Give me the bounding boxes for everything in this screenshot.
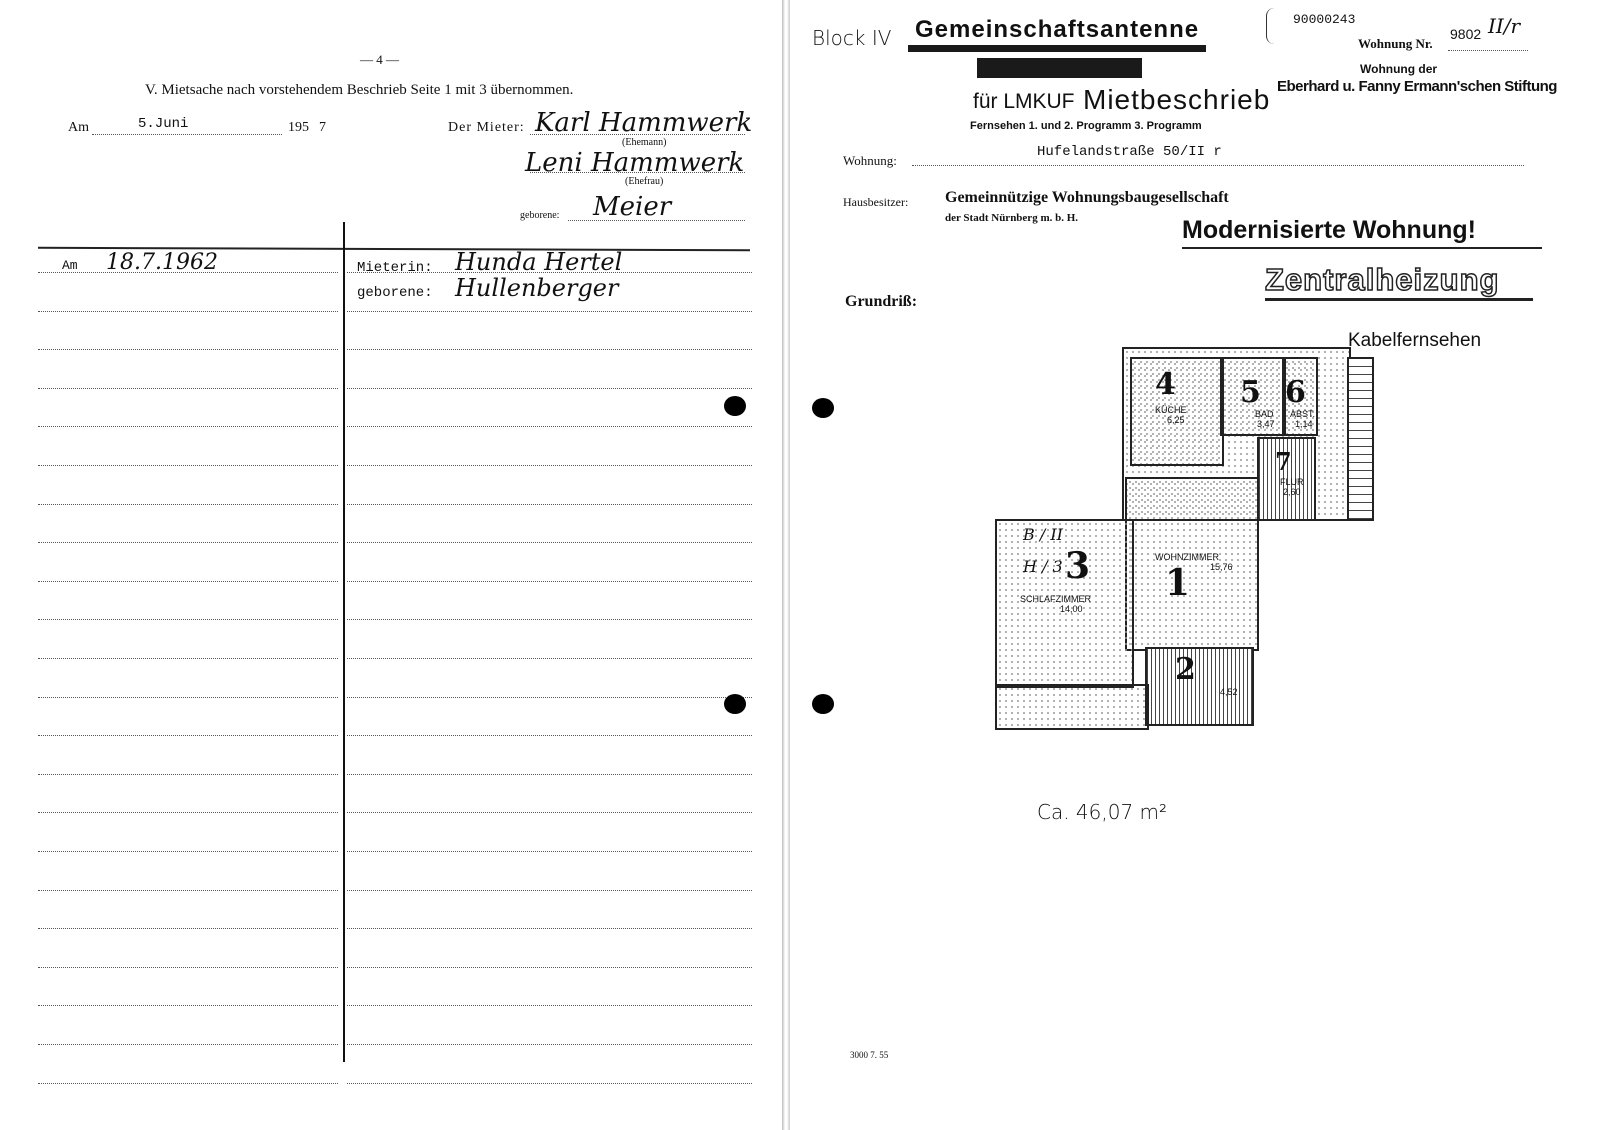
section-heading: V. Mietsache nach vorstehendem Beschrieb… (145, 82, 573, 99)
first-am-label: Am (68, 120, 89, 136)
punch-hole-bottom (724, 694, 746, 714)
doc-number-bracket (1266, 8, 1277, 44)
wohnung-nr-label: Wohnung Nr. (1358, 36, 1433, 52)
ruled-line (347, 967, 752, 968)
ruled-line (38, 426, 338, 427)
owner-label: Hausbesitzer: (843, 195, 908, 210)
room-number-2: 2 (1175, 652, 1196, 687)
antenna-stamp: Gemeinschaftsantenne (915, 16, 1199, 44)
ruled-line (347, 311, 752, 312)
annotation-block: B / II (1023, 525, 1063, 544)
ruled-line (347, 1083, 752, 1084)
second-am-label: Am (62, 258, 78, 273)
room-name-living: WOHNZIMMER (1155, 552, 1219, 562)
stamp-heating: Zentralheizung (1265, 262, 1499, 298)
wohnung-value: Hufelandstraße 50/II r (1037, 144, 1222, 160)
ruled-line (38, 851, 338, 852)
first-year-prefix: 195 (288, 120, 309, 136)
room-name-wc: ABST. (1290, 409, 1315, 419)
ruled-line (347, 735, 752, 736)
ruled-line (347, 697, 752, 698)
lower-strip (995, 684, 1149, 730)
doc-number: 90000243 (1293, 12, 1355, 27)
ruled-line (38, 658, 338, 659)
room-area-hall: 2,60 (1283, 487, 1301, 497)
first-date-value: 5.Juni (138, 116, 188, 132)
ruled-line (38, 542, 338, 543)
ruled-line (38, 504, 338, 505)
tv-note: Fernsehen 1. und 2. Programm 3. Programm (970, 120, 1202, 132)
wohnung-label: Wohnung: (843, 153, 897, 169)
room-area-bedroom: 14,00 (1060, 604, 1083, 614)
wohnung-nr-value: 9802 (1450, 26, 1481, 42)
tenant-label: Der Mieter: (448, 120, 525, 136)
first-born-label: geborene: (520, 210, 559, 221)
ruled-line (38, 812, 338, 813)
husband-signature: Karl Hammwerk (535, 108, 752, 138)
second-born-value: Hullenberger (455, 274, 618, 302)
ruled-line (38, 272, 338, 273)
room-name-bath: BAD (1255, 409, 1274, 419)
wife-caption: (Ehefrau) (625, 176, 663, 187)
foundation-line2: Eberhard u. Fanny Ermann'schen Stiftung (1277, 78, 1557, 95)
ruled-line (38, 967, 338, 968)
total-area: Ca. 46,07 m² (1037, 800, 1167, 824)
ruled-line (38, 890, 338, 891)
wohnung-line (912, 165, 1524, 166)
ruled-line (347, 658, 752, 659)
ruled-line (347, 851, 752, 852)
ruled-line (347, 426, 752, 427)
owner-line2: der Stadt Nürnberg m. b. H. (945, 212, 1078, 224)
room-number-6: 6 (1285, 375, 1306, 410)
form-title: Mietbeschrieb (1083, 84, 1270, 116)
ruled-line (347, 890, 752, 891)
ruled-line (347, 542, 752, 543)
room-name-bedroom: SCHLAFZIMMER (1020, 594, 1091, 604)
ruled-line (347, 928, 752, 929)
ruled-line (38, 928, 338, 929)
second-tenant-label: Mieterin: (357, 260, 433, 276)
room-area-kitchen: 6,25 (1167, 415, 1185, 425)
annotation-house: H / 3 (1023, 557, 1063, 576)
redacted-stamp (977, 58, 1142, 78)
punch-hole-top (724, 396, 746, 416)
left-page: — 4 — V. Mietsache nach vorstehendem Bes… (0, 0, 782, 1130)
first-year-suffix: 7 (319, 120, 326, 136)
ruled-line (38, 1083, 338, 1084)
punch-hole-top-right (812, 398, 834, 418)
ruled-line (38, 349, 338, 350)
ruled-line (38, 581, 338, 582)
stamp-modernized: Modernisierte Wohnung! (1182, 216, 1476, 245)
first-date-line (92, 134, 282, 135)
ruled-line (347, 581, 752, 582)
ruled-line (347, 388, 752, 389)
owner-line1: Gemeinnützige Wohnungsbaugesellschaft (945, 189, 1229, 207)
room-area-balcony: 4,52 (1220, 687, 1238, 697)
room-area-wc: 1,14 (1295, 419, 1313, 429)
room-name-kitchen: KÜCHE (1155, 405, 1187, 415)
room-area-bath: 3,47 (1257, 419, 1275, 429)
balcony (1145, 647, 1254, 726)
ruled-line (38, 465, 338, 466)
column-divider (343, 222, 345, 1062)
stamp-underline (908, 45, 1206, 52)
foundation-line1: Wohnung der (1360, 62, 1437, 76)
ruled-line (38, 774, 338, 775)
ruled-line (38, 1044, 338, 1045)
page-number: — 4 — (360, 52, 399, 68)
ruled-line (347, 504, 752, 505)
footer-code: 3000 7. 55 (850, 1050, 888, 1060)
ruled-line (347, 1044, 752, 1045)
page-fold (782, 0, 790, 1130)
ruled-line (38, 311, 338, 312)
ruled-line (347, 465, 752, 466)
ruled-line (347, 812, 752, 813)
stamp-modernized-underline (1182, 247, 1542, 249)
block-note: Block IV (812, 26, 891, 50)
ruled-line (38, 735, 338, 736)
ruled-line (38, 697, 338, 698)
wohnung-nr-suffix: II/r (1488, 14, 1520, 38)
room-number-5: 5 (1240, 375, 1261, 410)
ruled-line (38, 1005, 338, 1006)
form-prefix: für LMKUF (973, 90, 1075, 114)
stamp-heating-underline (1265, 298, 1533, 301)
second-born-label: geborene: (357, 285, 433, 301)
wohnung-nr-line (1448, 50, 1528, 51)
punch-hole-bottom-right (812, 694, 834, 714)
ruled-line (347, 1005, 752, 1006)
first-born-value: Meier (593, 192, 671, 222)
floorplan-label: Grundriß: (845, 293, 917, 311)
ruled-line (347, 774, 752, 775)
room-area-living: 15,76 (1210, 562, 1233, 572)
room-living (1125, 477, 1259, 651)
room-number-3: 3 (1065, 545, 1090, 587)
staircase (1347, 357, 1374, 521)
ruled-line (347, 619, 752, 620)
husband-caption: (Ehemann) (622, 137, 666, 148)
ruled-line (347, 349, 752, 350)
room-number-1: 1 (1165, 562, 1190, 604)
room-name-hall: FLUR (1280, 477, 1304, 487)
ruled-line (38, 388, 338, 389)
wife-signature: Leni Hammwerk (525, 148, 744, 178)
room-number-7: 7 (1275, 447, 1292, 476)
ruled-line (347, 272, 752, 273)
ruled-line (38, 619, 338, 620)
room-number-4: 4 (1155, 367, 1176, 402)
